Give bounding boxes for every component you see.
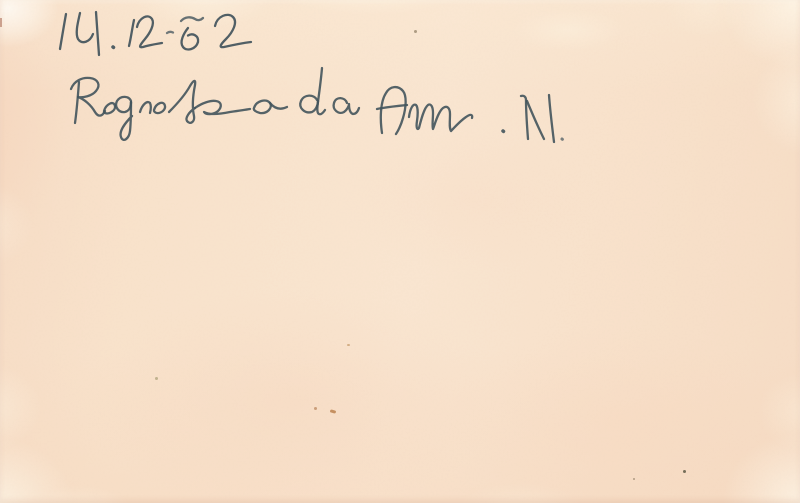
handwriting-layer: 14.12.52 Regresso da Am. N. (0, 0, 800, 503)
paper-grain-texture (0, 0, 800, 503)
photo-verso-paper: 14.12.52 Regresso da Am. N. 14.12.52 (0, 0, 800, 503)
